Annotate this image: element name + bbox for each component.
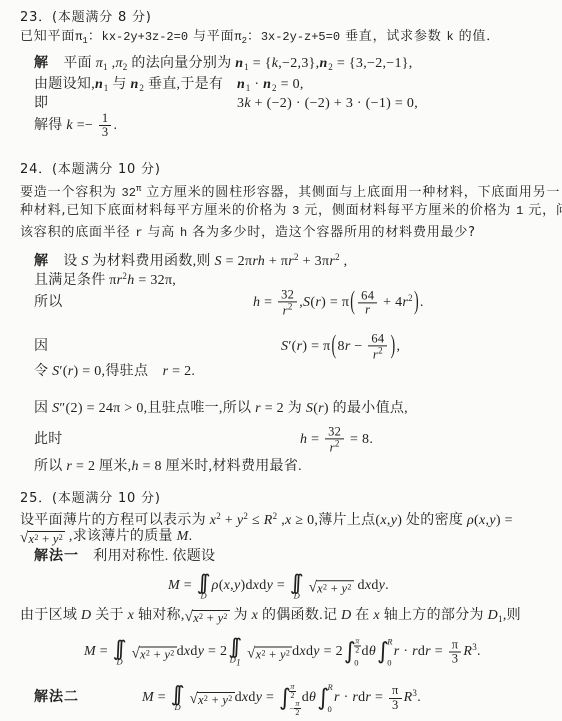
q25-symmetry-text: 由于区域 D 关于 x 轴对称,√x2 + y2 为 x 的偶函数.记 D 在 …	[20, 608, 521, 623]
q23-result-text: 解得 k =− 13.	[34, 118, 117, 133]
q25-method1-result-formula: M = ∫∫D √x2 + y2dxdy = 2∫∫D1 √x2 + y2dxd…	[84, 637, 481, 668]
q25-mass-integral-formula: M = ∫∫Dρ(x,y)dxdy = ∫∫D √x2 + y2 dxdy.	[168, 572, 389, 600]
q24-stationary-point-text: 令 S′(r) = 0,得驻点 r = 2.	[34, 364, 195, 379]
q24-solution-line-7: 此时 h = 32r2 = 8.	[0, 420, 562, 460]
q24-statement-text-1: 要造一个容积为 32π 立方厘米的圆柱形容器，其侧面与上底面用一种材料，下底面用…	[20, 185, 560, 200]
q23-normal-vectors-text: 解 平面 π1 ,π2 的法向量分别为 n1 = {k,−2,3},n2 = {…	[34, 56, 413, 71]
q24-header-text: 24．(本题满分 10 分)	[20, 162, 161, 177]
q24-conclusion-line: 所以 r = 2 厘米,h = 8 厘米时,材料费用最省.	[0, 458, 562, 476]
q25-method1-label: 解法一 利用对称性. 依题设	[34, 549, 215, 564]
q25-header: 25．(本题满分 10 分)	[0, 489, 562, 507]
q23-solution-line-2: 由题设知,n1 与 n2 垂直,于是有 n1 · n2 = 0,	[0, 76, 562, 94]
q24-statement-line-3: 该容积的底面半径 r 与高 h 各为多少时，造这个容器所用的材料费用最少?	[0, 223, 562, 241]
q23-expanded-equation: 3k + (−2) · (−2) + 3 · (−1) = 0,	[237, 96, 418, 112]
q25-method1-formula-line: M = ∫∫Dρ(x,y)dxdy = ∫∫D √x2 + y2 dxdy.	[0, 566, 562, 606]
q23-perpendicular-text: 由题设知,n1 与 n2 垂直,于是有	[34, 77, 223, 92]
q24-h-value-formula: h = 32r2 = 8.	[300, 425, 373, 454]
q25-method1-result-line: M = ∫∫D √x2 + y2dxdy = 2∫∫D1 √x2 + y2dxd…	[0, 630, 562, 674]
q23-solution-line-1: 解 平面 π1 ,π2 的法向量分别为 n1 = {k,−2,3},n2 = {…	[0, 55, 562, 73]
q25-method1-label-line: 解法一 利用对称性. 依题设	[0, 548, 562, 566]
textbook-solutions-page: 23．(本题满分 8 分) 已知平面π1：kx-2y+3z-2=0 与平面π2：…	[0, 0, 562, 721]
q24-header: 24．(本题满分 10 分)	[0, 160, 562, 178]
q24-statement-line-1: 要造一个容积为 32π 立方厘米的圆柱形容器，其侧面与上底面用一种材料，下底面用…	[0, 179, 562, 197]
q24-therefore-text: 所以	[34, 295, 63, 310]
q23-dot-product-equation: n1 · n2 = 0,	[237, 77, 304, 93]
q25-statement-text-1: 设平面薄片的方程可以表示为 x2 + y2 ≤ R2 ,x ≥ 0,薄片上点(x…	[20, 513, 513, 528]
q25-method2-formula: M = ∫∫D √x2 + y2dxdy = ∫π2−π2dθ∫R0r · rd…	[142, 683, 421, 713]
q25-statement-line-1: 设平面薄片的方程可以表示为 x2 + y2 ≤ R2 ,x ≥ 0,薄片上点(x…	[0, 507, 562, 525]
q24-statement-line-2: 种材料,已知下底面材料每平方厘米的价格为 3 元，侧面材料每平方厘米的价格为 1…	[0, 201, 562, 219]
q24-statement-text-2: 种材料,已知下底面材料每平方厘米的价格为 3 元，侧面材料每平方厘米的价格为 1…	[20, 203, 562, 218]
q25-statement-text-2: √x2 + y2 ,求该薄片的质量 M.	[20, 529, 192, 544]
q24-second-derivative-line: 因 S″(2) = 24π > 0,且驻点唯一,所以 r = 2 为 S(r) …	[0, 400, 562, 418]
q23-namely-text: 即	[34, 96, 48, 111]
q24-stationary-point-line: 令 S′(r) = 0,得驻点 r = 2.	[0, 363, 562, 381]
q24-second-derivative-text: 因 S″(2) = 24π > 0,且驻点唯一,所以 r = 2 为 S(r) …	[34, 401, 408, 416]
q25-header-text: 25．(本题满分 10 分)	[20, 491, 161, 506]
q24-at-this-time-text: 此时	[34, 432, 63, 447]
q24-statement-text-3: 该容积的底面半径 r 与高 h 各为多少时，造这个容器所用的材料费用最少?	[20, 225, 476, 240]
q23-solution-line-3: 即 3k + (−2) · (−2) + 3 · (−1) = 0,	[0, 95, 562, 113]
q25-symmetry-line: 由于区域 D 关于 x 轴对称,√x2 + y2 为 x 的偶函数.记 D 在 …	[0, 606, 562, 629]
q23-header: 23．(本题满分 8 分)	[0, 8, 562, 26]
q23-header-text: 23．(本题满分 8 分)	[20, 10, 152, 25]
q25-statement-line-2: √x2 + y2 ,求该薄片的质量 M.	[0, 527, 562, 548]
q24-because-text: 因	[34, 339, 48, 354]
q24-conclusion-text: 所以 r = 2 厘米,h = 8 厘米时,材料费用最省.	[34, 459, 302, 474]
q23-statement: 已知平面π1：kx-2y+3z-2=0 与平面π2：3x-2y-z+5=0 垂直…	[0, 27, 562, 45]
q24-solution-line-1: 解 设 S 为材料费用函数,则 S = 2πrh + πr2 + 3πr2 ,	[0, 248, 562, 266]
q23-statement-text: 已知平面π1：kx-2y+3z-2=0 与平面π2：3x-2y-z+5=0 垂直…	[20, 29, 500, 44]
q25-method2-label: 解法二	[34, 690, 79, 705]
q23-result-line: 解得 k =− 13.	[0, 112, 562, 139]
q25-method2-line: 解法二 M = ∫∫D √x2 + y2dxdy = ∫π2−π2dθ∫R0r …	[0, 678, 562, 718]
q24-derivative-formula: S′(r) = π(8r − 64r2),	[281, 332, 400, 361]
q24-solution-line-3: 所以 h = 32r2,S(r) = π(64r + 4r2).	[0, 283, 562, 323]
q24-h-and-s-formula: h = 32r2,S(r) = π(64r + 4r2).	[253, 288, 424, 317]
